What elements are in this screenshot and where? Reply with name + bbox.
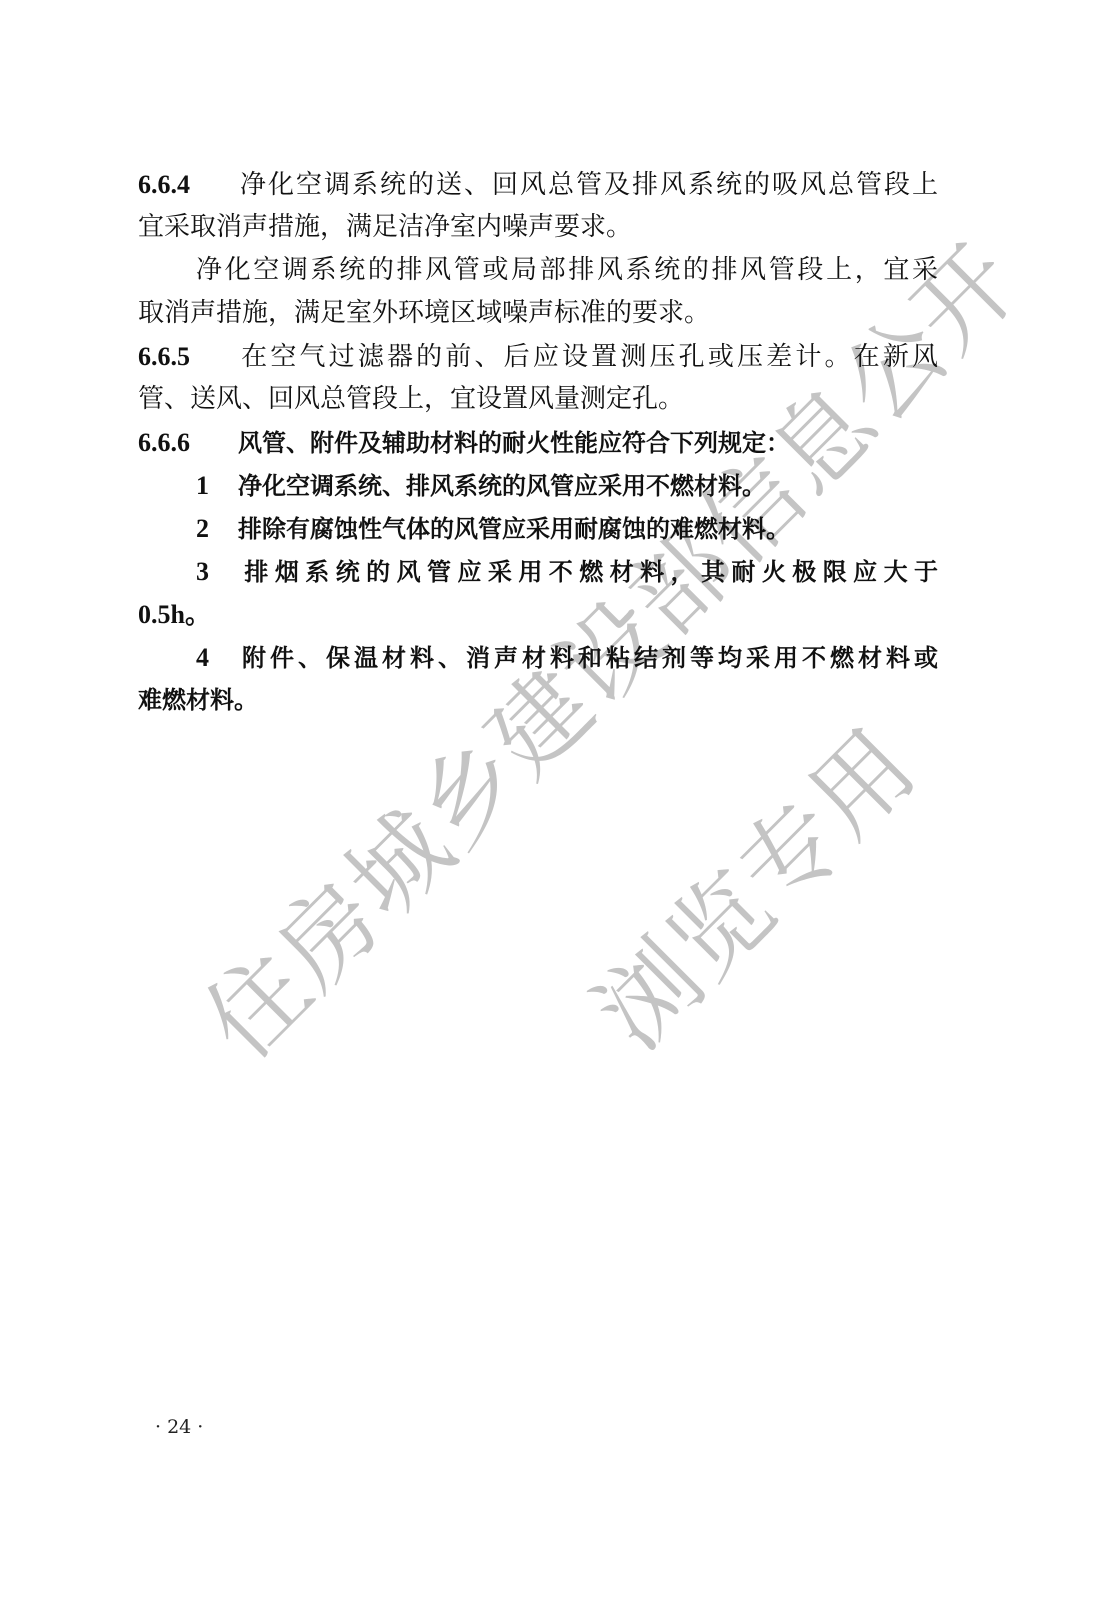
item-text: 排除有腐蚀性气体的风管应采用耐腐蚀的难燃材料。 [238,515,790,543]
clause-6-6-6-item-3: 3排烟系统的风管应采用不燃材料，其耐火极限应大于 [138,550,938,593]
item-number: 2 [196,507,238,550]
item-number: 3 [196,550,238,593]
clause-6-6-6-item-3-cont: 0.5h。 [138,593,938,636]
clause-6-6-5-line-2: 管、送风、回风总管段上，宜设置风量测定孔。 [138,378,938,421]
clause-6-6-6-item-4-cont: 难燃材料。 [138,679,938,722]
clause-text: 净化空调系统的送、回风总管及排风系统的吸风总管段上 [238,170,938,200]
clause-6-6-4-para-2-line-2: 取消声措施，满足室外环境区域噪声标准的要求。 [138,292,938,335]
clause-6-6-5-line-1: 6.6.5在空气过滤器的前、后应设置测压孔或压差计。在新风 [138,335,938,378]
clause-number: 6.6.6 [138,421,238,464]
body-text: 6.6.4净化空调系统的送、回风总管及排风系统的吸风总管段上 宜采取消声措施，满… [138,163,938,722]
clause-number: 6.6.4 [138,163,238,206]
clause-text: 取消声措施，满足室外环境区域噪声标准的要求。 [138,298,710,328]
clause-text: 宜采取消声措施，满足洁净室内噪声要求。 [138,212,632,242]
watermark-line-2: 浏览专用 [560,692,943,1075]
clause-6-6-6-item-4: 4附件、保温材料、消声材料和粘结剂等均采用不燃材料或 [138,636,938,679]
clause-number: 6.6.5 [138,335,238,378]
clause-text: 在空气过滤器的前、后应设置测压孔或压差计。在新风 [238,342,938,372]
item-text: 排烟系统的风管应采用不燃材料，其耐火极限应大于 [238,558,938,586]
clause-text: 风管、附件及辅助材料的耐火性能应符合下列规定： [238,429,790,457]
clause-6-6-4-line-2: 宜采取消声措施，满足洁净室内噪声要求。 [138,206,938,249]
clause-text: 管、送风、回风总管段上，宜设置风量测定孔。 [138,384,684,414]
document-page: 住房城乡建设部信息公开 浏览专用 6.6.4净化空调系统的送、回风总管及排风系统… [0,0,1099,1598]
clause-6-6-6-item-1: 1净化空调系统、排风系统的风管应采用不燃材料。 [138,464,938,507]
clause-6-6-6-item-2: 2排除有腐蚀性气体的风管应采用耐腐蚀的难燃材料。 [138,507,938,550]
clause-text: 净化空调系统的排风管或局部排风系统的排风管段上，宜采 [196,255,938,285]
item-number: 1 [196,464,238,507]
item-text: 附件、保温材料、消声材料和粘结剂等均采用不燃材料或 [238,644,938,672]
clause-6-6-6-intro: 6.6.6风管、附件及辅助材料的耐火性能应符合下列规定： [138,421,938,464]
clause-6-6-4-para-2-line-1: 净化空调系统的排风管或局部排风系统的排风管段上，宜采 [138,249,938,292]
clause-6-6-4-line-1: 6.6.4净化空调系统的送、回风总管及排风系统的吸风总管段上 [138,163,938,206]
item-number: 4 [196,636,238,679]
page-number: · 24 · [155,1416,203,1438]
item-text-continued: 0.5h。 [138,600,211,629]
item-text-continued: 难燃材料。 [138,686,258,714]
item-text: 净化空调系统、排风系统的风管应采用不燃材料。 [238,472,766,500]
